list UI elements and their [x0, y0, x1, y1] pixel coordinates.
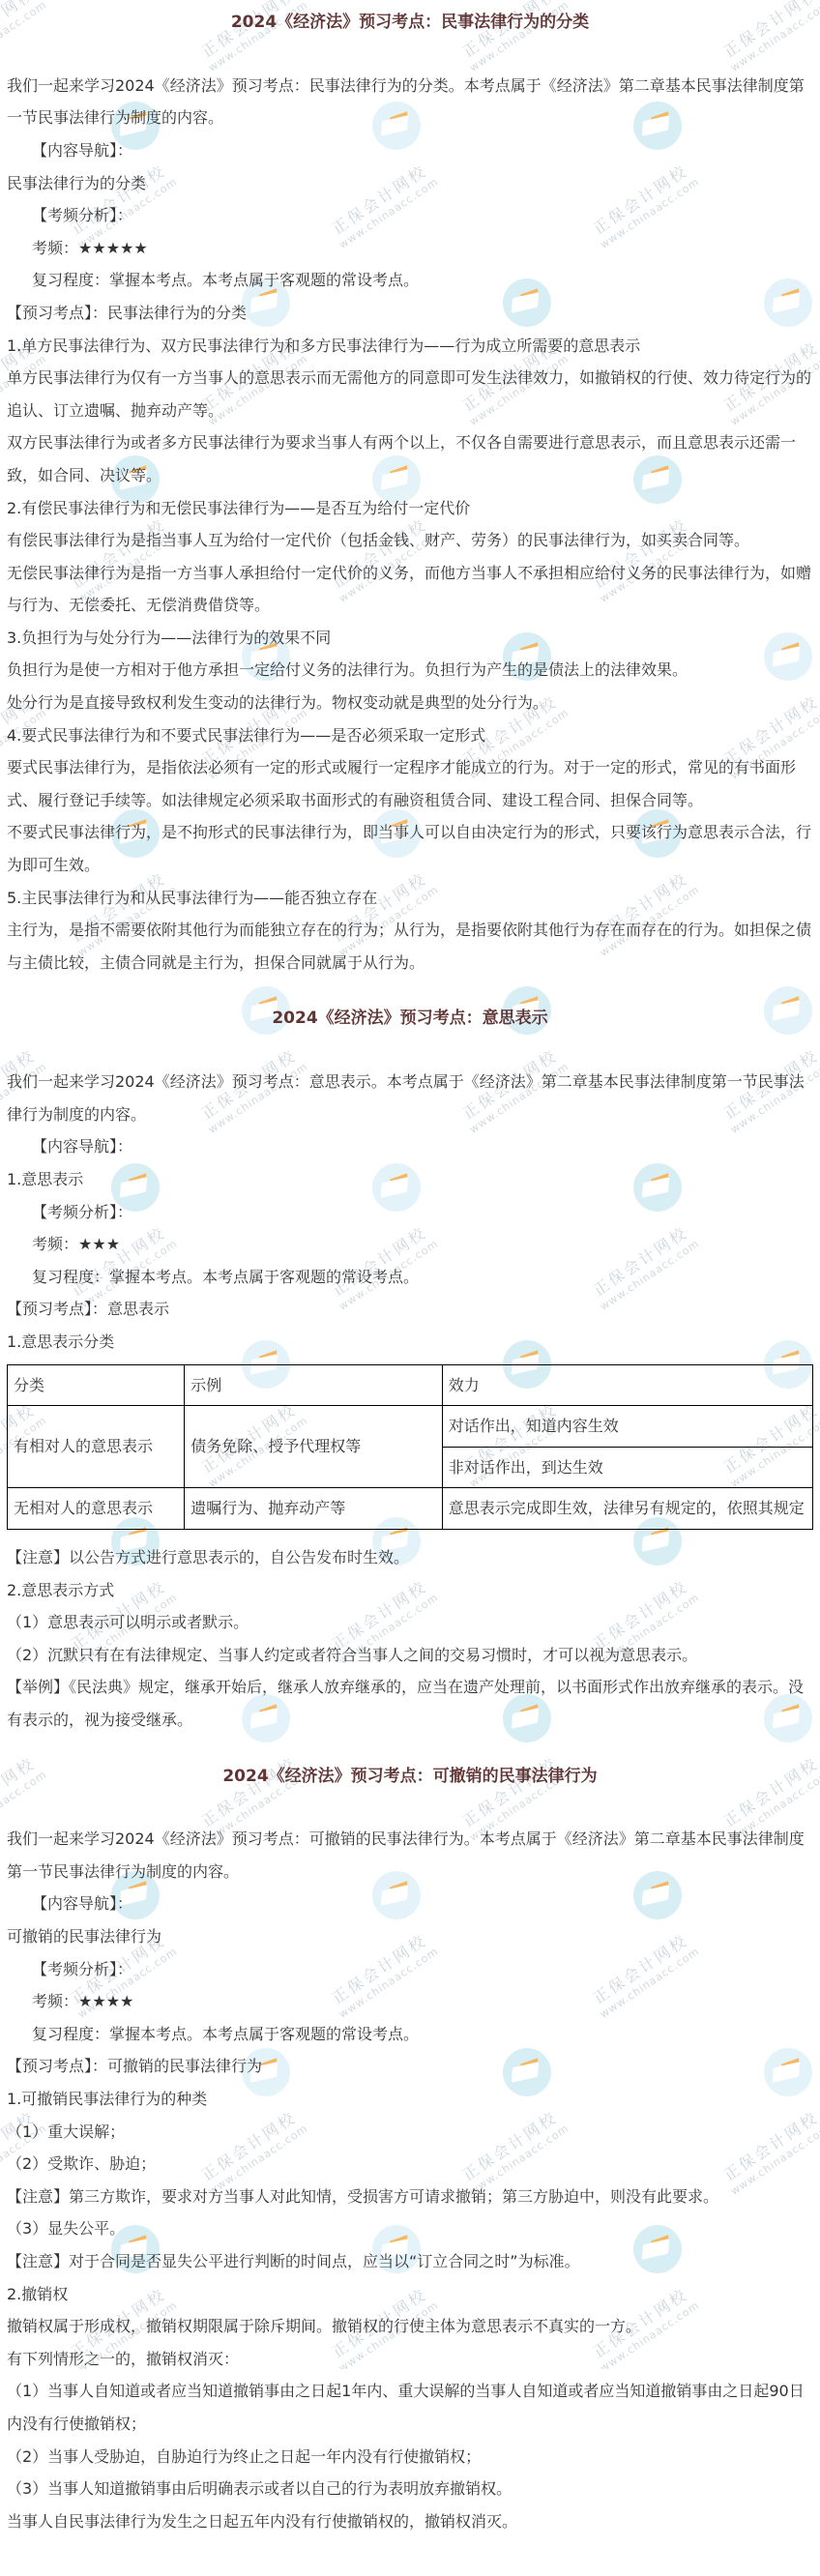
paragraph: 1.单方民事法律行为、双方民事法律行为和多方民事法律行为——行为成立所需要的意思…: [7, 330, 813, 363]
paragraph: 考频：★★★★: [7, 1985, 813, 2018]
paragraph: 【预习考点】：意思表示: [7, 1293, 813, 1326]
paragraph: 【举例】《民法典》规定，继承开始后，继承人放弃继承的，应当在遗产处理前，以书面形…: [7, 1671, 813, 1736]
paragraph: 【预习考点】：民事法律行为的分类: [7, 297, 813, 330]
paragraph: 可撤销的民事法律行为: [7, 1920, 813, 1953]
paragraph: 处分行为是直接导致权利发生变动的法律行为。物权变动就是典型的处分行为。: [7, 687, 813, 719]
table-cell-category: 有相对人的意思表示: [8, 1406, 185, 1488]
paragraph: 1.可撤销民事法律行为的种类: [7, 2083, 813, 2116]
paragraph: 我们一起来学习2024《经济法》预习考点：可撤销的民事法律行为。本考点属于《经济…: [7, 1823, 813, 1888]
paragraph: 【考频分析】：: [7, 199, 813, 232]
paragraph: （2）当事人受胁迫，自胁迫行为终止之日起一年内没有行使撤销权；: [7, 2441, 813, 2474]
paragraph: 2.撤销权: [7, 2278, 813, 2311]
paragraph: 我们一起来学习2024《经济法》预习考点：民事法律行为的分类。本考点属于《经济法…: [7, 70, 813, 134]
paragraph: 有下列情形之一的，撤销权消灭：: [7, 2343, 813, 2376]
paragraph: 复习程度：掌握本考点。本考点属于客观题的常设考点。: [7, 2018, 813, 2051]
paragraph: 负担行为是使一方相对于他方承担一定给付义务的法律行为。负担行为产生的是债法上的法…: [7, 654, 813, 687]
paragraph: 不要式民事法律行为，是不拘形式的民事法律行为，即当事人可以自由决定行为的形式，只…: [7, 816, 813, 881]
paragraph: 2.有偿民事法律行为和无偿民事法律行为——是否互为给付一定代价: [7, 492, 813, 525]
paragraph: 5.主民事法律行为和从民事法律行为——能否独立存在: [7, 882, 813, 915]
table-cell-effect: 意思表示完成即生效，法律另有规定的，依照其规定: [442, 1488, 812, 1530]
paragraph: 要式民事法律行为，是指依法必须有一定的形式或履行一定程序才能成立的行为。对于一定…: [7, 751, 813, 816]
table-header-cell: 分类: [8, 1364, 185, 1406]
paragraph: 撤销权属于形成权，撤销权期限属于除斥期间。撤销权的行使主体为意思表示不真实的一方…: [7, 2310, 813, 2343]
table-row: 有相对人的意思表示债务免除、授予代理权等对话作出，知道内容生效: [8, 1406, 813, 1448]
paragraph: 有偿民事法律行为是指当事人互为给付一定代价（包括金钱、财产、劳务）的民事法律行为…: [7, 524, 813, 557]
paragraph: 3.负担行为与处分行为——法律行为的效果不同: [7, 622, 813, 655]
intent-table: 分类示例效力有相对人的意思表示债务免除、授予代理权等对话作出，知道内容生效非对话…: [7, 1364, 813, 1530]
paragraph: 当事人自民事法律行为发生之日起五年内没有行使撤销权的，撤销权消灭。: [7, 2505, 813, 2538]
table-header-cell: 示例: [185, 1364, 443, 1406]
paragraph: 2.意思表示方式: [7, 1574, 813, 1607]
paragraph: （2）沉默只有在有法律规定、当事人约定或者符合当事人之间的交易习惯时，才可以视为…: [7, 1639, 813, 1672]
paragraph: （1）当事人自知道或者应当知道撤销事由之日起1年内、重大误解的当事人自知道或者应…: [7, 2375, 813, 2440]
paragraph: 考频：★★★★★: [7, 232, 813, 265]
paragraph: 民事法律行为的分类: [7, 167, 813, 200]
paragraph: 单方民事法律行为仅有一方当事人的意思表示而无需他方的同意即可发生法律效力，如撤销…: [7, 362, 813, 426]
page: 正保会计网校www.chinaacc.com正保会计网校www.chinaacc…: [0, 0, 820, 2576]
section-title: 2024《经济法》预习考点：民事法律行为的分类: [7, 12, 813, 35]
paragraph: 我们一起来学习2024《经济法》预习考点：意思表示。本考点属于《经济法》第二章基…: [7, 1066, 813, 1130]
section-title: 2024《经济法》预习考点：意思表示: [7, 1008, 813, 1031]
table-cell-example: 债务免除、授予代理权等: [185, 1406, 443, 1488]
table-cell-effect: 非对话作出，到达生效: [442, 1447, 812, 1488]
paragraph: 复习程度：掌握本考点。本考点属于客观题的常设考点。: [7, 264, 813, 297]
paragraph: 【考频分析】：: [7, 1196, 813, 1229]
paragraph: 【内容导航】：: [7, 134, 813, 167]
paragraph: 【注意】第三方欺诈，要求对方当事人对此知情，受损害方可请求撤销；第三方胁迫中，则…: [7, 2181, 813, 2213]
paragraph: 主行为，是指不需要依附其他行为而能独立存在的行为；从行为，是指要依附其他行为存在…: [7, 914, 813, 979]
table-header-row: 分类示例效力: [8, 1364, 813, 1406]
section-title: 2024《经济法》预习考点：可撤销的民事法律行为: [7, 1766, 813, 1789]
paragraph: 复习程度：掌握本考点。本考点属于客观题的常设考点。: [7, 1261, 813, 1294]
paragraph: 双方民事法律行为或者多方民事法律行为要求当事人有两个以上，不仅各自需要进行意思表…: [7, 426, 813, 491]
paragraph: 1.意思表示分类: [7, 1326, 813, 1359]
table-header-cell: 效力: [442, 1364, 812, 1406]
paragraph: 【考频分析】：: [7, 1953, 813, 1986]
paragraph: 考频：★★★: [7, 1228, 813, 1261]
paragraph: （3）显失公平。: [7, 2212, 813, 2245]
table-row: 无相对人的意思表示遗嘱行为、抛弃动产等意思表示完成即生效，法律另有规定的，依照其…: [8, 1488, 813, 1530]
paragraph: 【注意】以公告方式进行意思表示的，自公告发布时生效。: [7, 1541, 813, 1574]
paragraph: 【预习考点】：可撤销的民事法律行为: [7, 2050, 813, 2083]
table-cell-effect: 对话作出，知道内容生效: [442, 1406, 812, 1448]
document-body: 2024《经济法》预习考点：民事法律行为的分类我们一起来学习2024《经济法》预…: [0, 0, 820, 2576]
paragraph: （2）受欺诈、胁迫；: [7, 2148, 813, 2181]
paragraph: 【内容导航】：: [7, 1130, 813, 1163]
paragraph: （1）重大误解；: [7, 2116, 813, 2149]
paragraph: （3）当事人知道撤销事由后明确表示或者以自己的行为表明放弃撤销权。: [7, 2473, 813, 2505]
table-cell-example: 遗嘱行为、抛弃动产等: [185, 1488, 443, 1530]
paragraph: 【注意】对于合同是否显失公平进行判断的时间点，应当以“订立合同之时”为标准。: [7, 2245, 813, 2278]
paragraph: 无偿民事法律行为是指一方当事人承担给付一定代价的义务，而他方当事人不承担相应给付…: [7, 557, 813, 622]
paragraph: （1）意思表示可以明示或者默示。: [7, 1606, 813, 1639]
paragraph: 4.要式民事法律行为和不要式民事法律行为——是否必须采取一定形式: [7, 719, 813, 752]
paragraph: 【内容导航】：: [7, 1888, 813, 1920]
paragraph: 1.意思表示: [7, 1163, 813, 1196]
table-cell-category: 无相对人的意思表示: [8, 1488, 185, 1530]
